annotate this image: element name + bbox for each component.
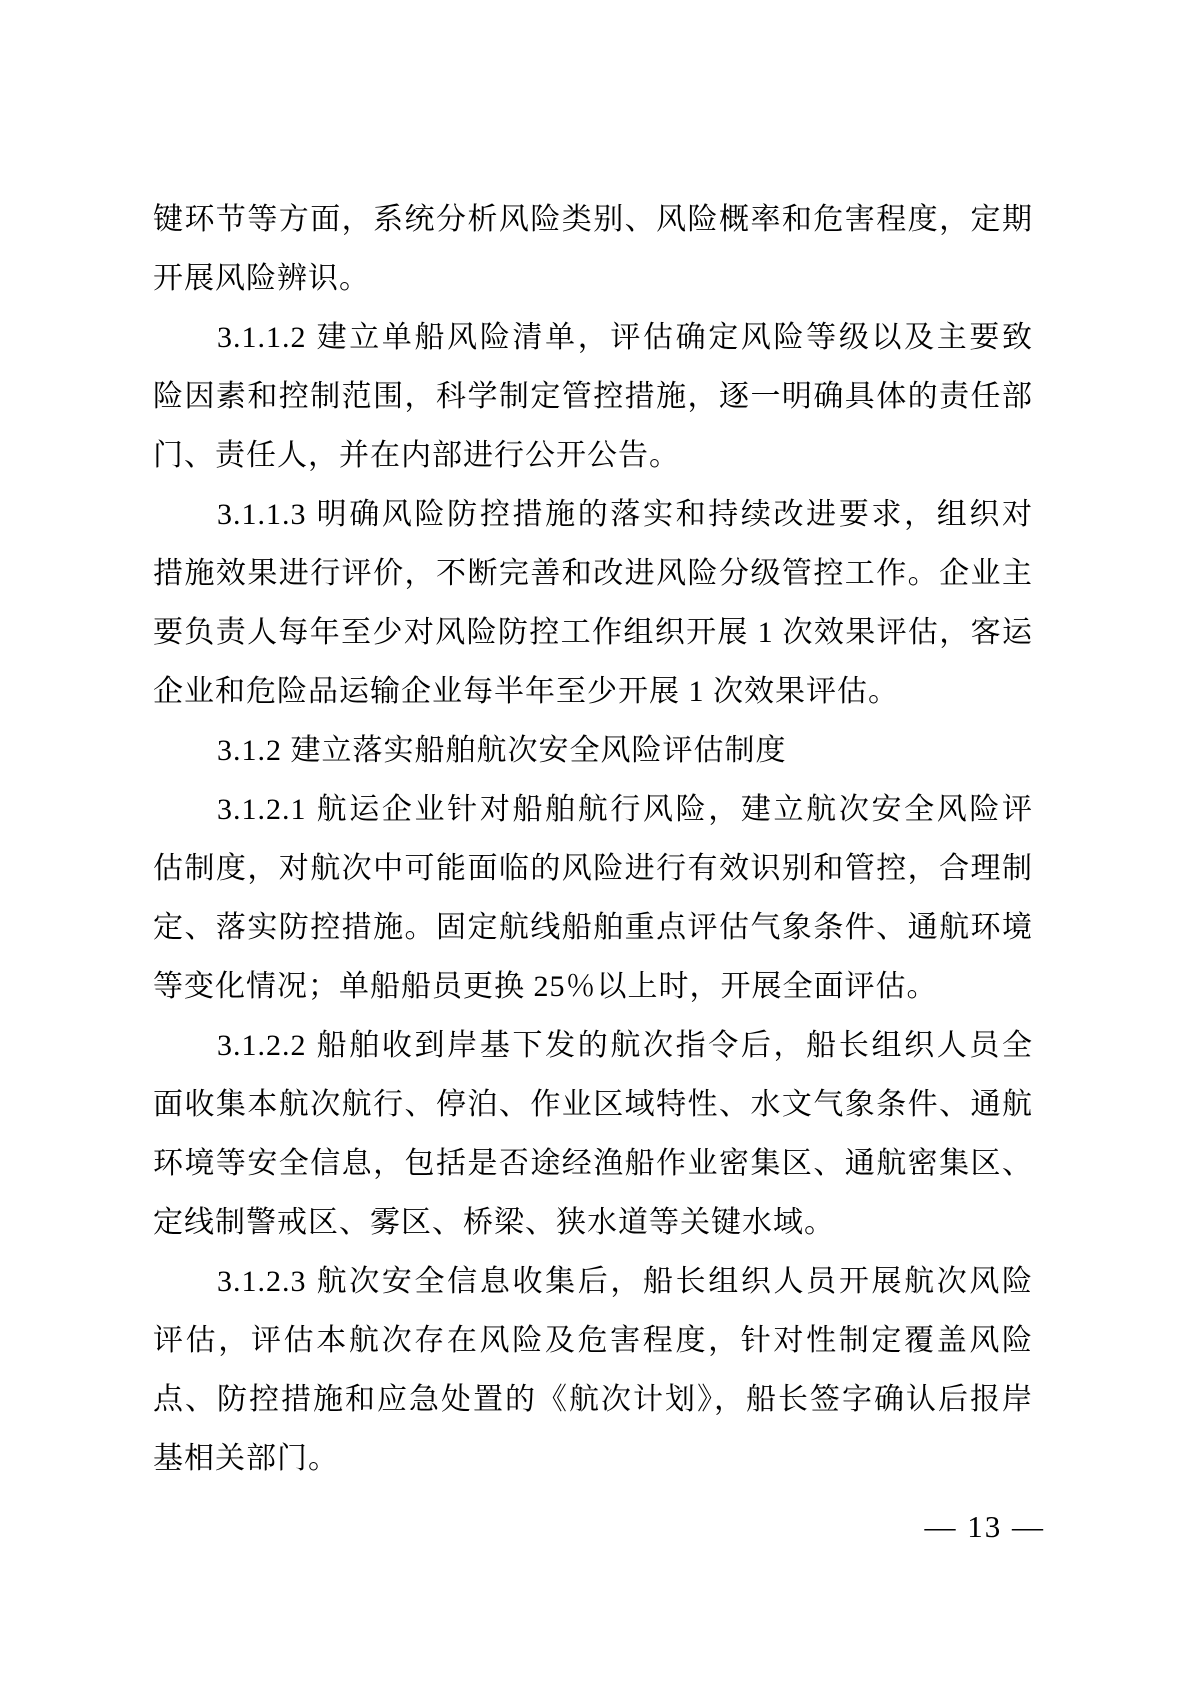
text-line: 点、防控措施和应急处置的《航次计划》，船长签字确认后报岸 <box>153 1370 1033 1429</box>
text-line: 3.1.2.2 船舶收到岸基下发的航次指令后，船长组织人员全 <box>153 1016 1033 1075</box>
paragraph: 3.1.2.1 航运企业针对船舶航行风险，建立航次安全风险评估制度，对航次中可能… <box>153 780 1033 1016</box>
text-line: 企业和危险品运输企业每半年至少开展 1 次效果评估。 <box>153 662 1033 721</box>
text-line: 面收集本航次航行、停泊、作业区域特性、水文气象条件、通航 <box>153 1075 1033 1134</box>
paragraph: 3.1.2 建立落实船舶航次安全风险评估制度 <box>153 721 1033 780</box>
paragraph: 键环节等方面，系统分析风险类别、风险概率和危害程度，定期开展风险辨识。 <box>153 190 1033 308</box>
text-line: 3.1.2.1 航运企业针对船舶航行风险，建立航次安全风险评 <box>153 780 1033 839</box>
text-line: 要负责人每年至少对风险防控工作组织开展 1 次效果评估，客运 <box>153 603 1033 662</box>
text-line: 3.1.2.3 航次安全信息收集后，船长组织人员开展航次风险 <box>153 1252 1033 1311</box>
text-line: 等变化情况；单船船员更换 25％以上时，开展全面评估。 <box>153 957 1033 1016</box>
text-line: 3.1.1.3 明确风险防控措施的落实和持续改进要求，组织对 <box>153 485 1033 544</box>
paragraph: 3.1.1.3 明确风险防控措施的落实和持续改进要求，组织对措施效果进行评价，不… <box>153 485 1033 721</box>
paragraph: 3.1.2.3 航次安全信息收集后，船长组织人员开展航次风险评估，评估本航次存在… <box>153 1252 1033 1488</box>
text-line: 门、责任人，并在内部进行公开公告。 <box>153 426 1033 485</box>
text-line: 估制度，对航次中可能面临的风险进行有效识别和管控，合理制 <box>153 839 1033 898</box>
text-line: 键环节等方面，系统分析风险类别、风险概率和危害程度，定期 <box>153 190 1033 249</box>
text-line: 3.1.1.2 建立单船风险清单，评估确定风险等级以及主要致 <box>153 308 1033 367</box>
document-body: 键环节等方面，系统分析风险类别、风险概率和危害程度，定期开展风险辨识。3.1.1… <box>153 190 1033 1488</box>
paragraph: 3.1.1.2 建立单船风险清单，评估确定风险等级以及主要致险因素和控制范围，科… <box>153 308 1033 485</box>
text-line: 评估，评估本航次存在风险及危害程度，针对性制定覆盖风险 <box>153 1311 1033 1370</box>
paragraph: 3.1.2.2 船舶收到岸基下发的航次指令后，船长组织人员全面收集本航次航行、停… <box>153 1016 1033 1252</box>
text-line: 定、落实防控措施。固定航线船舶重点评估气象条件、通航环境 <box>153 898 1033 957</box>
page-number: — 13 — <box>153 1506 1045 1548</box>
text-line: 环境等安全信息，包括是否途经渔船作业密集区、通航密集区、 <box>153 1134 1033 1193</box>
text-line: 措施效果进行评价，不断完善和改进风险分级管控工作。企业主 <box>153 544 1033 603</box>
text-line: 3.1.2 建立落实船舶航次安全风险评估制度 <box>153 721 1033 780</box>
text-line: 基相关部门。 <box>153 1429 1033 1488</box>
document-page: 键环节等方面，系统分析风险类别、风险概率和危害程度，定期开展风险辨识。3.1.1… <box>0 0 1191 1684</box>
text-line: 开展风险辨识。 <box>153 249 1033 308</box>
text-line: 定线制警戒区、雾区、桥梁、狭水道等关键水域。 <box>153 1193 1033 1252</box>
text-line: 险因素和控制范围，科学制定管控措施，逐一明确具体的责任部 <box>153 367 1033 426</box>
